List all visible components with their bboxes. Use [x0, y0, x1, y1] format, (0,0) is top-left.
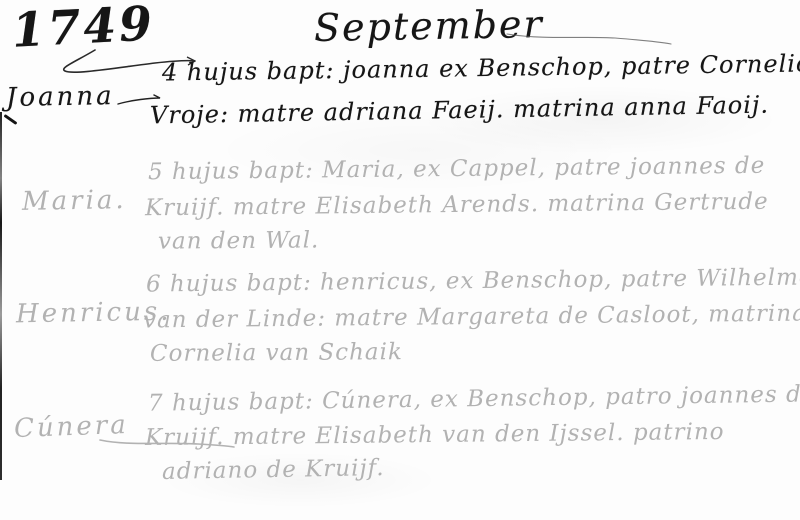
record-line: van den Wal. [158, 227, 319, 254]
record-line: van der Linde: matre Margareta de Casloo… [143, 301, 800, 334]
year-label: 1749 [11, 0, 156, 59]
record-line: Vroje: matre adriana Faeij. matrina anna… [150, 91, 769, 130]
record-line: 4 hujus bapt: joanna ex Benschop, patre … [162, 49, 800, 86]
margin-name-joanna: Joanna [6, 81, 115, 113]
manuscript-page: 1749 September Joanna 4 hujus bapt: joan… [0, 0, 800, 520]
ink-blot-mark [3, 114, 17, 125]
scan-edge-artifact [0, 112, 2, 480]
record-line: 6 hujus bapt: henricus, ex Benschop, pat… [146, 265, 800, 298]
record-line: 5 hujus bapt: Maria, ex Cappel, patre jo… [148, 153, 765, 185]
margin-name-cunera: Cúnera [14, 410, 130, 444]
record-line: Kruijf. matre Elisabeth Arends. matrina … [145, 189, 769, 222]
month-header: September [314, 2, 544, 50]
record-line: Cornelia van Schaik [150, 339, 403, 367]
record-line: adriano de Kruijf. [162, 455, 385, 485]
margin-name-maria: Maria. [22, 185, 127, 217]
record-line: Kruijf. matre Elisabeth van den Ijssel. … [145, 419, 725, 451]
record-line: 7 hujus bapt: Cúnera, ex Benschop, patro… [148, 381, 800, 416]
